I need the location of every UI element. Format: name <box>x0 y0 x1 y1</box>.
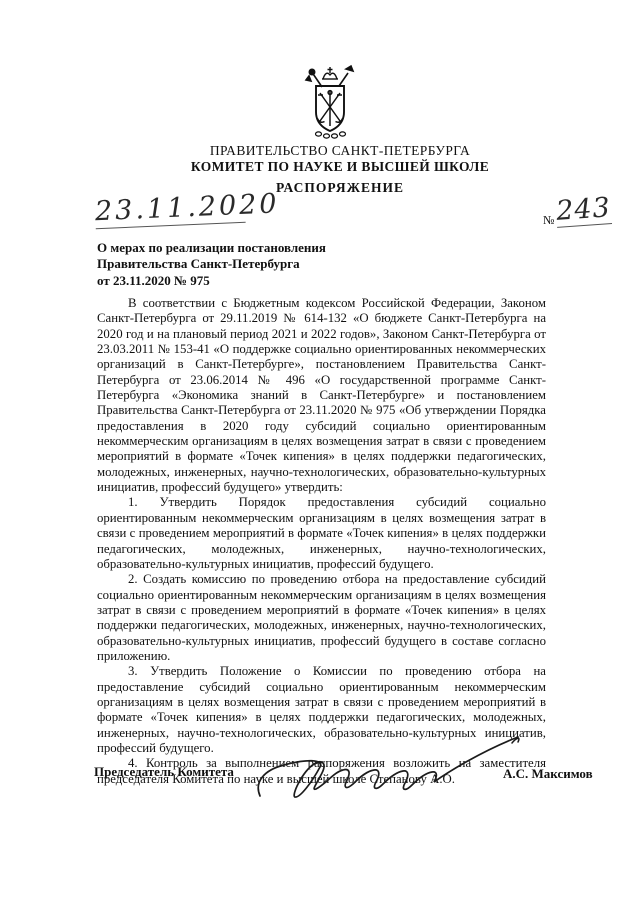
document-page: ПРАВИТЕЛЬСТВО САНКТ-ПЕТЕРБУРГА КОМИТЕТ П… <box>0 0 640 905</box>
number-sign: № <box>543 213 554 228</box>
header-committee: КОМИТЕТ ПО НАУКЕ И ВЫСШЕЙ ШКОЛЕ <box>60 159 620 175</box>
body-paragraph-item-2: 2. Создать комиссию по проведению отбора… <box>97 572 546 664</box>
title-line-3: от 23.11.2020 № 975 <box>97 273 557 289</box>
handwritten-date: 23.11.2020 <box>94 190 245 230</box>
body-paragraph-item-1: 1. Утвердить Порядок предоставления субс… <box>97 495 546 572</box>
header-government: ПРАВИТЕЛЬСТВО САНКТ-ПЕТЕРБУРГА <box>60 143 620 159</box>
signature-icon <box>250 734 530 814</box>
body-paragraph-preamble: В соответствии с Бюджетным кодексом Росс… <box>97 296 546 495</box>
coat-of-arms-icon <box>302 64 358 140</box>
signer-position: Председатель Комитета <box>94 764 234 780</box>
document-body: В соответствии с Бюджетным кодексом Росс… <box>97 296 546 787</box>
handwritten-number: 243 <box>555 192 612 228</box>
signer-name: А.С. Максимов <box>503 766 593 782</box>
title-line-1: О мерах по реализации постановления <box>97 240 557 256</box>
title-line-2: Правительства Санкт-Петербурга <box>97 256 557 272</box>
signature-block: Председатель Комитета А.С. Максимов <box>0 758 640 818</box>
document-title: О мерах по реализации постановления Прав… <box>97 240 557 289</box>
